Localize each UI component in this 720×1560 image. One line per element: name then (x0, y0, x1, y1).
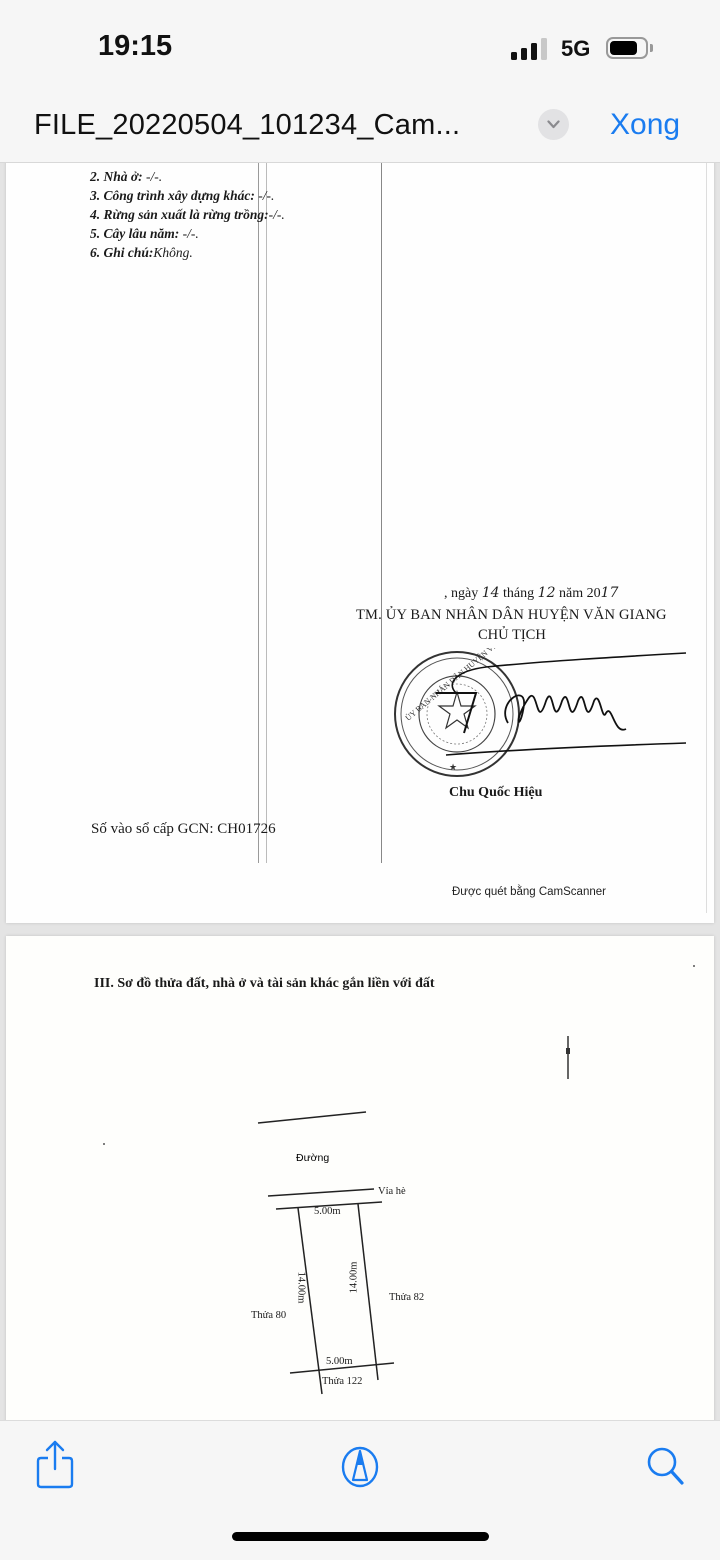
asset-list: 2. Nhà ở: -/-. 3. Công trình xây dựng kh… (90, 167, 285, 262)
list-item: 5. Cây lâu năm: -/-. (90, 224, 285, 243)
document-page-1: 2. Nhà ở: -/-. 3. Công trình xây dựng kh… (6, 163, 714, 923)
cellular-signal-icon (511, 38, 547, 60)
status-bar: 19:15 5G (0, 0, 720, 95)
search-icon (643, 1439, 689, 1491)
top-width-label: 5.00m (314, 1206, 341, 1217)
scan-fold-line (258, 163, 259, 863)
scan-edge-line (706, 163, 707, 913)
status-time: 19:15 (98, 30, 172, 63)
chevron-down-icon (547, 120, 560, 129)
battery-level (610, 41, 637, 55)
battery-icon (606, 37, 648, 59)
done-button[interactable]: Xong (610, 108, 680, 142)
document-page-2: III. Sơ đồ thửa đất, nhà ở và tài sản kh… (6, 936, 714, 1420)
home-indicator[interactable] (232, 1532, 489, 1541)
document-viewer[interactable]: 2. Nhà ở: -/-. 3. Công trình xây dựng kh… (0, 163, 720, 1420)
markup-button[interactable] (337, 1439, 383, 1491)
search-button[interactable] (643, 1439, 689, 1491)
left-length-label: 14.00m (295, 1272, 306, 1304)
road-label: Đường (296, 1152, 329, 1164)
navigation-bar: FILE_20220504_101234_Cam... Xong (0, 95, 720, 163)
list-item: 4. Rừng sản xuất là rừng trồng:-/-. (90, 205, 285, 224)
share-button[interactable] (34, 1439, 80, 1491)
list-item: 2. Nhà ở: -/-. (90, 167, 285, 186)
document-title[interactable]: FILE_20220504_101234_Cam... (34, 109, 460, 142)
camscanner-watermark: Được quét bằng CamScanner (452, 886, 606, 898)
battery-tip (650, 44, 653, 52)
title-menu-button[interactable] (538, 109, 569, 140)
land-plot-diagram (6, 936, 714, 1420)
certificate-registration-number: Số vào sổ cấp GCN: CH01726 (91, 821, 276, 838)
left-neighbor-label: Thửa 80 (251, 1310, 286, 1321)
right-length-label: 14.00m (348, 1262, 359, 1294)
signing-date: , ngày 14 tháng 12 năm 2017 (444, 585, 618, 602)
signer-name: Chu Quốc Hiệu (449, 785, 542, 801)
list-item: 6. Ghi chú:Không. (90, 243, 285, 262)
sidewalk-label: Vỉa hè (378, 1186, 406, 1197)
issuing-organization: TM. ỦY BAN NHÂN DÂN HUYỆN VĂN GIANG (356, 607, 667, 624)
share-icon (34, 1439, 80, 1491)
signer-role: CHỦ TỊCH (478, 627, 546, 644)
scan-fold-line (266, 163, 267, 863)
scan-fold-line (381, 163, 382, 863)
network-type: 5G (561, 36, 590, 62)
handwritten-signature (416, 643, 696, 773)
list-item: 3. Công trình xây dựng khác: -/-. (90, 186, 285, 205)
bottom-neighbor-label: Thửa 122 (322, 1376, 362, 1387)
right-neighbor-label: Thửa 82 (389, 1292, 424, 1303)
markup-icon (337, 1439, 383, 1491)
bottom-width-label: 5.00m (326, 1356, 353, 1367)
